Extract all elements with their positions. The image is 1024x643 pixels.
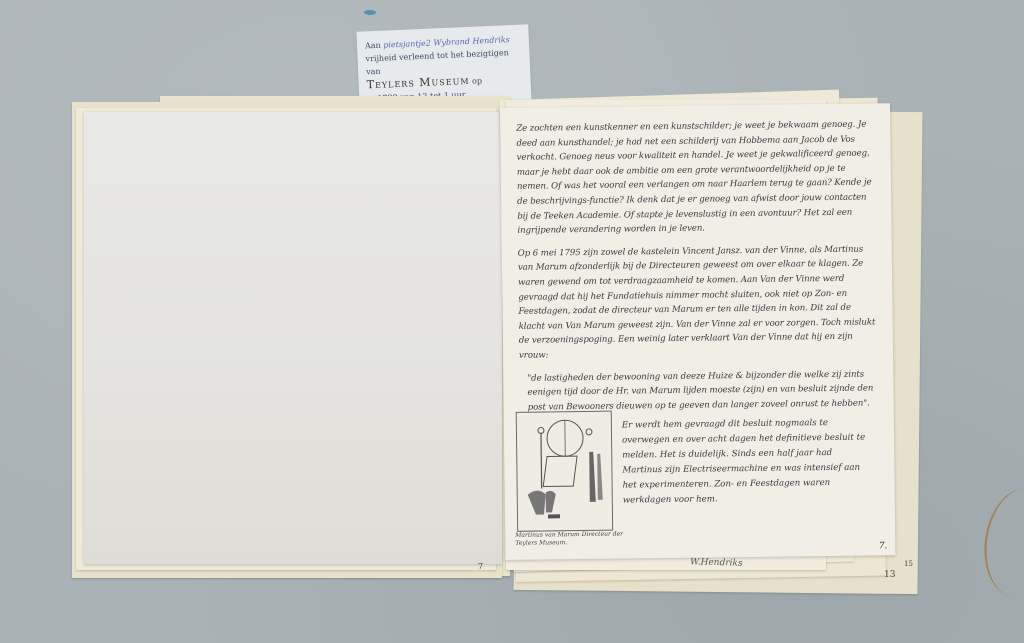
manuscript-page: Ze zochten een kunstkenner en een kunsts… xyxy=(500,103,895,560)
sketch-caption: Martinus van Marum Directeur der Teylers… xyxy=(515,531,625,548)
paragraph-3: Er werdt hem gevraagd dit besluit nogmaa… xyxy=(622,415,873,508)
note-op: op xyxy=(472,76,482,85)
note-name: pietsjantje2 xyxy=(383,39,431,50)
underlying-signature: W.Hendriks xyxy=(690,557,743,568)
sketch-drawing-icon xyxy=(517,412,612,531)
paragraph-1: Ze zochten een kunstkenner en een kunsts… xyxy=(516,117,877,238)
page-number-15: 15 xyxy=(904,560,913,568)
ring-stain-mark xyxy=(978,484,1024,603)
page-number: 7. xyxy=(879,541,888,551)
note-prefix: Aan xyxy=(365,41,381,51)
pencil-sketch-illustration xyxy=(516,411,613,532)
handwritten-text: Ze zochten een kunstkenner en een kunsts… xyxy=(516,117,880,423)
page-number-13: 13 xyxy=(884,570,895,580)
left-page-number: 7 xyxy=(478,562,483,571)
ink-spot xyxy=(364,10,376,15)
blank-left-page xyxy=(84,112,502,564)
quote: "de lastigheden der bewooning van deeze … xyxy=(519,367,880,415)
paragraph-2: Op 6 mei 1795 zijn zowel de kastelein Vi… xyxy=(518,242,879,363)
